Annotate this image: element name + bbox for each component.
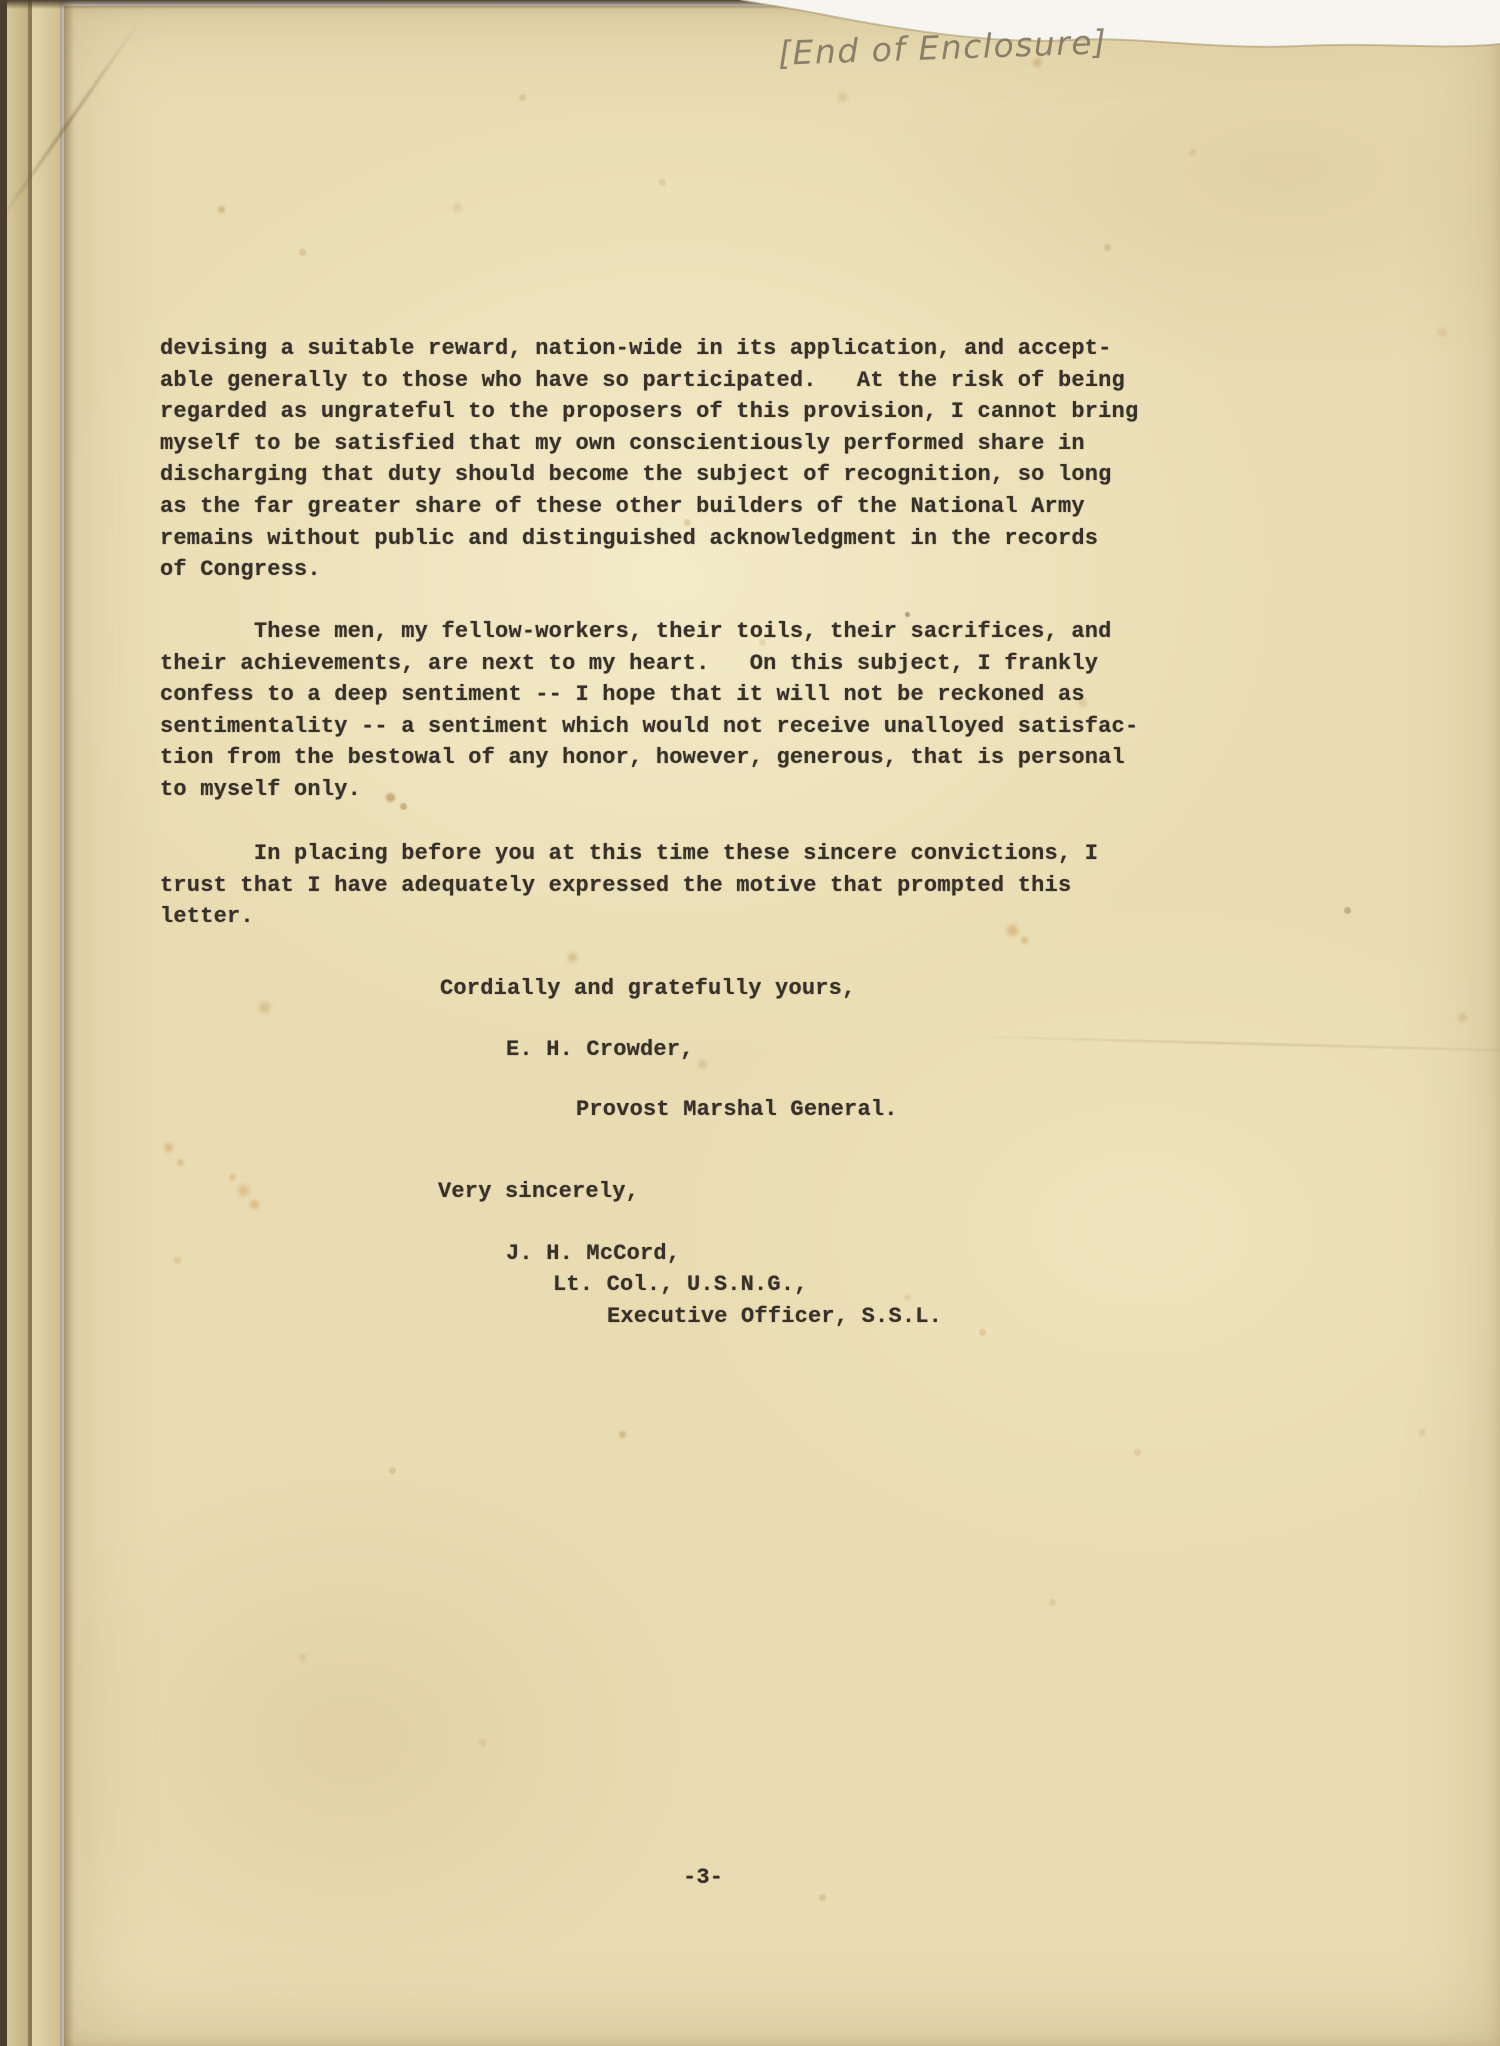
closing-salutation-primary: Cordially and gratefully yours,	[440, 973, 855, 1005]
page-number: -3-	[683, 1862, 723, 1894]
signature-title-executive-officer: Executive Officer, S.S.L.	[607, 1301, 942, 1333]
closing-salutation-secondary: Very sincerely,	[438, 1176, 639, 1208]
signature-mccord: J. H. McCord,	[506, 1238, 680, 1270]
letter-paper	[64, 6, 1500, 2046]
foxing-spots	[0, 0, 5, 5]
page-stack-edge-under-page-2	[32, 0, 60, 2046]
signature-rank-lt-col: Lt. Col., U.S.N.G.,	[553, 1269, 808, 1301]
page-stack-edge-dark	[0, 0, 7, 2046]
signature-crowder: E. H. Crowder,	[506, 1034, 694, 1066]
scanned-letter-page: [End of Enclosure] devising a suitable r…	[0, 0, 1500, 2046]
paper-fold-shadow	[60, 0, 74, 2046]
letter-paragraph-2: These men, my fellow-workers, their toil…	[160, 616, 1138, 806]
page-stack-edge-under-page	[7, 0, 28, 2046]
letter-paragraph-1: devising a suitable reward, nation-wide …	[160, 333, 1138, 586]
scan-top-edge	[0, 0, 800, 9]
signature-title-provost-marshal: Provost Marshal General.	[576, 1094, 898, 1126]
letter-paragraph-3: In placing before you at this time these…	[160, 838, 1098, 933]
